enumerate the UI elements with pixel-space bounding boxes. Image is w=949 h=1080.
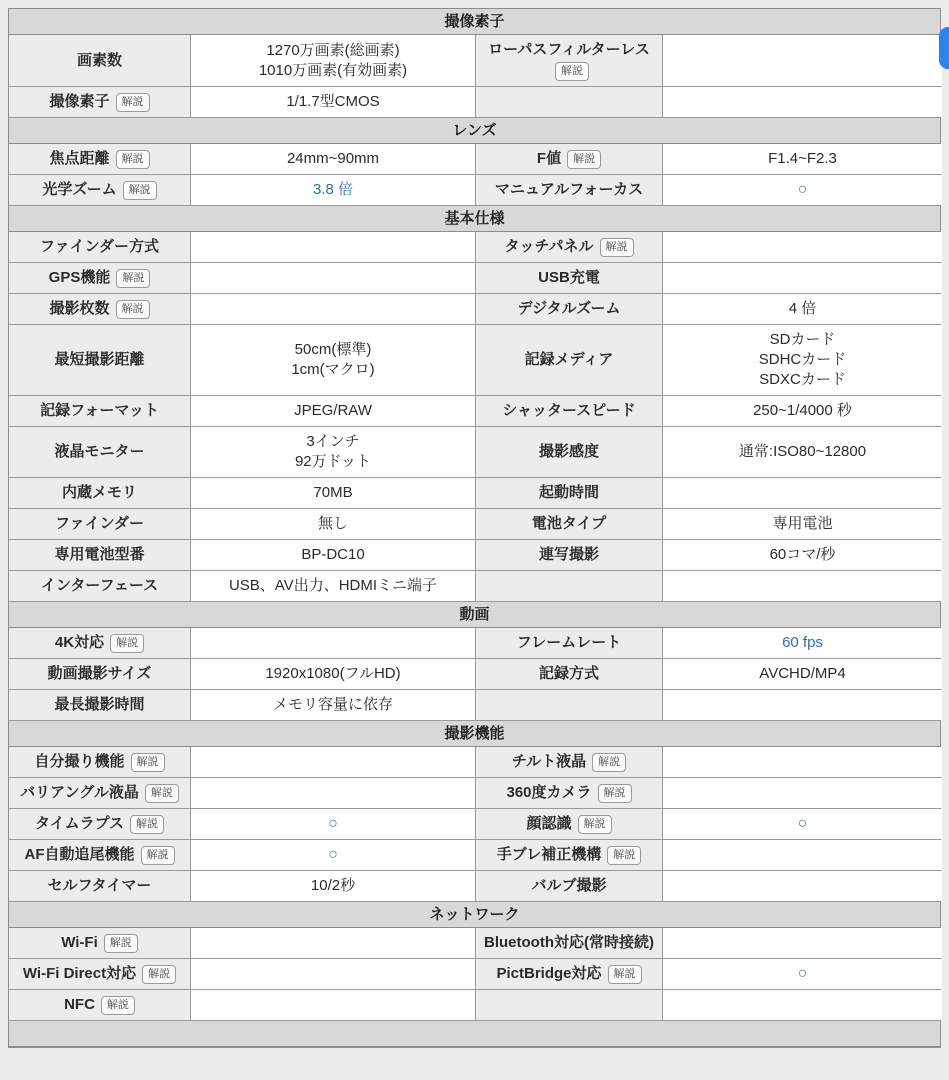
spec-value-empty	[663, 747, 942, 777]
spec-label: セルフタイマー	[9, 871, 191, 901]
spec-value[interactable]: 60 fps	[663, 628, 942, 658]
kaisetsu-button[interactable]: 解説	[592, 753, 626, 772]
spec-value: SDカード SDHCカード SDXCカード	[663, 325, 942, 395]
spec-row: GPS機能解説USB充電	[9, 263, 940, 294]
kaisetsu-button[interactable]: 解説	[104, 934, 138, 953]
spec-label: 撮影枚数解説	[9, 294, 191, 324]
spec-value-empty	[663, 263, 942, 293]
spec-label-text: 360度カメラ	[506, 783, 591, 803]
section-title: 動画	[459, 606, 489, 623]
spec-value: 専用電池	[663, 509, 942, 539]
spec-label: ファインダー	[9, 509, 191, 539]
spec-label: 画素数	[9, 35, 191, 86]
spec-value-empty	[663, 690, 942, 720]
spec-label-text: バリアングル液晶	[20, 783, 139, 803]
spec-label: 専用電池型番	[9, 540, 191, 570]
kaisetsu-button[interactable]: 解説	[116, 150, 150, 169]
spec-label: 顔認識解説	[476, 809, 663, 839]
spec-row: 最短撮影距離50cm(標準) 1cm(マクロ)記録メディアSDカード SDHCカ…	[9, 325, 940, 396]
spec-value: 3インチ 92万ドット	[191, 427, 476, 477]
spec-label: 内蔵メモリ	[9, 478, 191, 508]
kaisetsu-button[interactable]: 解説	[567, 150, 601, 169]
spec-row: タイムラプス解説○顔認識解説○	[9, 809, 940, 840]
kaisetsu-button[interactable]: 解説	[142, 965, 176, 984]
spec-label-text: 起動時間	[539, 483, 599, 503]
spec-label-text: USB充電	[538, 268, 600, 288]
spec-label: タイムラプス解説	[9, 809, 191, 839]
spec-value: 60コマ/秒	[663, 540, 942, 570]
spec-label: チルト液晶解説	[476, 747, 663, 777]
spec-label: シャッタースピード	[476, 396, 663, 426]
kaisetsu-button[interactable]: 解説	[600, 238, 634, 257]
spec-label-text: Wi-Fi Direct対応	[23, 964, 136, 984]
kaisetsu-button[interactable]: 解説	[123, 181, 157, 200]
spec-row: 自分撮り機能解説チルト液晶解説	[9, 747, 940, 778]
spec-label-text: 画素数	[77, 51, 122, 71]
spec-label-text: 自分撮り機能	[34, 752, 124, 772]
spec-value-empty	[191, 990, 476, 1020]
spec-value-empty	[663, 571, 942, 601]
spec-value: F1.4~F2.3	[663, 144, 942, 174]
spec-row: 最長撮影時間メモリ容量に依存	[9, 690, 940, 721]
spec-label-text: 光学ズーム	[42, 180, 116, 200]
section-header: 動画	[9, 602, 940, 628]
spec-label-text: ローパスフィルターレス	[488, 40, 650, 60]
spec-label: 記録方式	[476, 659, 663, 689]
section-title: 撮影機能	[444, 725, 504, 742]
kaisetsu-button[interactable]: 解説	[116, 93, 150, 112]
spec-label-text: 撮影枚数	[49, 299, 109, 319]
spec-label: NFC解説	[9, 990, 191, 1020]
section-title: レンズ	[452, 122, 496, 139]
spec-label: ファインダー方式	[9, 232, 191, 262]
spec-label: Wi-Fi解説	[9, 928, 191, 958]
spec-row: AF自動追尾機能解説○手ブレ補正機構解説	[9, 840, 940, 871]
spec-label-text: 動画撮影サイズ	[48, 664, 152, 684]
section-header: ネットワーク	[9, 902, 940, 928]
kaisetsu-button[interactable]: 解説	[608, 965, 642, 984]
spec-label-text: 記録メディア	[525, 350, 614, 370]
spec-value-empty	[663, 928, 942, 958]
spec-value[interactable]: 3.8 倍	[191, 175, 476, 205]
spec-value: 10/2秒	[191, 871, 476, 901]
spec-value-empty	[663, 87, 942, 117]
spec-value: 24mm~90mm	[191, 144, 476, 174]
kaisetsu-button[interactable]: 解説	[145, 784, 179, 803]
kaisetsu-button[interactable]: 解説	[131, 753, 165, 772]
kaisetsu-button[interactable]: 解説	[116, 300, 150, 319]
spec-label-text: チルト液晶	[512, 752, 586, 772]
spec-row: Wi-Fi解説Bluetooth対応(常時接続)	[9, 928, 940, 959]
spec-value: 1920x1080(フルHD)	[191, 659, 476, 689]
spec-label-text: 4K対応	[55, 633, 104, 653]
kaisetsu-button[interactable]: 解説	[101, 996, 135, 1015]
spec-label: 記録フォーマット	[9, 396, 191, 426]
spec-value: 無し	[191, 509, 476, 539]
spec-label-empty	[476, 690, 663, 720]
spec-label-text: ファインダー	[55, 514, 144, 534]
spec-row: ファインダー方式タッチパネル解説	[9, 232, 940, 263]
spec-label: AF自動追尾機能解説	[9, 840, 191, 870]
spec-value-empty	[191, 294, 476, 324]
spec-label: 記録メディア	[476, 325, 663, 395]
kaisetsu-button[interactable]: 解説	[110, 634, 144, 653]
spec-label-text: フレームレート	[517, 633, 621, 653]
spec-label-text: F値	[537, 149, 561, 169]
spec-label: Bluetooth対応(常時接続)	[476, 928, 663, 958]
spec-label-text: 連写撮影	[539, 545, 599, 565]
supported-circle[interactable]: ○	[663, 175, 942, 205]
spec-row: 撮像素子解説1/1.7型CMOS	[9, 87, 940, 118]
spec-value: AVCHD/MP4	[663, 659, 942, 689]
spec-label-text: タッチパネル	[504, 237, 593, 257]
spec-label-text: 専用電池型番	[54, 545, 144, 565]
spec-label: 撮像素子解説	[9, 87, 191, 117]
spec-value: JPEG/RAW	[191, 396, 476, 426]
spec-value-empty	[191, 747, 476, 777]
spec-label-text: シャッタースピード	[502, 401, 635, 421]
spec-value: 70MB	[191, 478, 476, 508]
spec-row: 専用電池型番BP-DC10連写撮影60コマ/秒	[9, 540, 940, 571]
spec-value: 通常:ISO80~12800	[663, 427, 942, 477]
spec-label: バリアングル液晶解説	[9, 778, 191, 808]
spec-value-empty	[663, 232, 942, 262]
spec-label-text: タイムラプス	[35, 814, 124, 834]
kaisetsu-button[interactable]: 解説	[130, 815, 164, 834]
spec-label: 電池タイプ	[476, 509, 663, 539]
kaisetsu-button[interactable]: 解説	[116, 269, 150, 288]
section-header: 撮像素子	[9, 9, 940, 35]
spec-label: マニュアルフォーカス	[476, 175, 663, 205]
spec-row: インターフェースUSB、AV出力、HDMIミニ端子	[9, 571, 940, 602]
supported-circle[interactable]: ○	[191, 809, 476, 839]
spec-row: 液晶モニター3インチ 92万ドット撮影感度通常:ISO80~12800	[9, 427, 940, 478]
spec-label: 360度カメラ解説	[476, 778, 663, 808]
spec-label-text: 手ブレ補正機構	[497, 845, 601, 865]
spec-label: 自分撮り機能解説	[9, 747, 191, 777]
camera-spec-table: 撮像素子画素数1270万画素(総画素) 1010万画素(有効画素)ローパスフィル…	[8, 8, 941, 1048]
spec-row: 焦点距離解説24mm~90mmF値解説F1.4~F2.3	[9, 144, 940, 175]
spec-value-empty	[191, 232, 476, 262]
spec-label-empty	[476, 571, 663, 601]
section-header: レンズ	[9, 118, 940, 144]
spec-label: 最短撮影距離	[9, 325, 191, 395]
supported-circle[interactable]: ○	[663, 809, 942, 839]
spec-label: バルブ撮影	[476, 871, 663, 901]
spec-label: フレームレート	[476, 628, 663, 658]
spec-row: NFC解説	[9, 990, 940, 1021]
spec-label: デジタルズーム	[476, 294, 663, 324]
spec-value-empty	[663, 478, 942, 508]
spec-label-text: GPS機能	[49, 268, 111, 288]
spec-value-empty	[191, 959, 476, 989]
spec-value: 1/1.7型CMOS	[191, 87, 476, 117]
spec-label-text: ファインダー方式	[40, 237, 159, 257]
spec-label-text: 顔認識	[526, 814, 571, 834]
spec-label: 最長撮影時間	[9, 690, 191, 720]
spec-label: 撮影感度	[476, 427, 663, 477]
spec-label: 焦点距離解説	[9, 144, 191, 174]
spec-label-text: Bluetooth対応(常時接続)	[484, 933, 654, 953]
spec-label: Wi-Fi Direct対応解説	[9, 959, 191, 989]
section-title: ネットワーク	[429, 906, 519, 923]
spec-label-text: 最長撮影時間	[54, 695, 144, 715]
spec-label: F値解説	[476, 144, 663, 174]
spec-value: 50cm(標準) 1cm(マクロ)	[191, 325, 476, 395]
supported-circle[interactable]: ○	[663, 959, 942, 989]
spec-value: メモリ容量に依存	[191, 690, 476, 720]
supported-circle[interactable]: ○	[191, 840, 476, 870]
spec-label-text: NFC	[64, 995, 95, 1015]
spec-value-empty	[663, 778, 942, 808]
spec-value-empty	[663, 871, 942, 901]
spec-label-text: AF自動追尾機能	[25, 845, 135, 865]
spec-label-text: Wi-Fi	[61, 933, 98, 953]
spec-value: 4 倍	[663, 294, 942, 324]
spec-label-text: 撮像素子	[49, 92, 109, 112]
spec-value-empty	[191, 778, 476, 808]
spec-row: Wi-Fi Direct対応解説PictBridge対応解説○	[9, 959, 940, 990]
section-title: 撮像素子	[444, 13, 504, 30]
scroll-indicator[interactable]	[939, 27, 949, 69]
spec-row: 4K対応解説フレームレート60 fps	[9, 628, 940, 659]
spec-label: 起動時間	[476, 478, 663, 508]
spec-row: 撮影枚数解説デジタルズーム4 倍	[9, 294, 940, 325]
spec-row: ファインダー無し電池タイプ専用電池	[9, 509, 940, 540]
spec-label-text: 焦点距離	[49, 149, 109, 169]
spec-row: 動画撮影サイズ1920x1080(フルHD)記録方式AVCHD/MP4	[9, 659, 940, 690]
kaisetsu-button[interactable]: 解説	[598, 784, 632, 803]
spec-label-text: PictBridge対応	[496, 964, 601, 984]
spec-label: 液晶モニター	[9, 427, 191, 477]
spec-label-text: マニュアルフォーカス	[495, 180, 643, 200]
section-title: 基本仕様	[444, 210, 504, 227]
spec-label-text: 記録方式	[539, 664, 599, 684]
spec-label: 手ブレ補正機構解説	[476, 840, 663, 870]
section-header: 撮影機能	[9, 721, 940, 747]
spec-row: 内蔵メモリ70MB起動時間	[9, 478, 940, 509]
kaisetsu-button[interactable]: 解説	[141, 846, 175, 865]
spec-value: 1270万画素(総画素) 1010万画素(有効画素)	[191, 35, 476, 86]
spec-label: インターフェース	[9, 571, 191, 601]
spec-value-empty	[663, 35, 942, 86]
spec-label: GPS機能解説	[9, 263, 191, 293]
spec-label: 光学ズーム解説	[9, 175, 191, 205]
spec-value-empty	[663, 840, 942, 870]
kaisetsu-button[interactable]: 解説	[578, 815, 612, 834]
kaisetsu-button[interactable]: 解説	[555, 62, 589, 81]
spec-row: セルフタイマー10/2秒バルブ撮影	[9, 871, 940, 902]
spec-label-empty	[476, 990, 663, 1020]
spec-label: 動画撮影サイズ	[9, 659, 191, 689]
spec-label: USB充電	[476, 263, 663, 293]
section-header: 基本仕様	[9, 206, 940, 232]
spec-row: 記録フォーマットJPEG/RAWシャッタースピード250~1/4000 秒	[9, 396, 940, 427]
spec-value-empty	[191, 263, 476, 293]
spec-label-text: 内蔵メモリ	[62, 483, 137, 503]
spec-label-empty	[476, 87, 663, 117]
spec-value: 250~1/4000 秒	[663, 396, 942, 426]
spec-label: 連写撮影	[476, 540, 663, 570]
spec-row: 画素数1270万画素(総画素) 1010万画素(有効画素)ローパスフィルターレス…	[9, 35, 940, 87]
spec-label-text: インターフェース	[41, 576, 158, 596]
spec-label-text: バルブ撮影	[531, 876, 606, 896]
spec-label-text: 電池タイプ	[532, 514, 606, 534]
spec-row: 光学ズーム解説3.8 倍マニュアルフォーカス○	[9, 175, 940, 206]
kaisetsu-button[interactable]: 解説	[607, 846, 641, 865]
spec-label: 4K対応解説	[9, 628, 191, 658]
spec-value: BP-DC10	[191, 540, 476, 570]
spec-label-text: 撮影感度	[539, 442, 599, 462]
spec-value-empty	[191, 628, 476, 658]
spec-label: PictBridge対応解説	[476, 959, 663, 989]
spec-value-empty	[663, 990, 942, 1020]
spec-label-text: 最短撮影距離	[54, 350, 144, 370]
spec-value-empty	[191, 928, 476, 958]
section-header	[9, 1021, 940, 1047]
spec-label-text: セルフタイマー	[48, 876, 152, 896]
spec-label: タッチパネル解説	[476, 232, 663, 262]
spec-row: バリアングル液晶解説360度カメラ解説	[9, 778, 940, 809]
spec-value: USB、AV出力、HDMIミニ端子	[191, 571, 476, 601]
spec-label-text: デジタルズーム	[518, 299, 621, 319]
spec-label-text: 記録フォーマット	[40, 401, 159, 421]
spec-label-text: 液晶モニター	[54, 442, 144, 462]
spec-label: ローパスフィルターレス解説	[476, 35, 663, 86]
